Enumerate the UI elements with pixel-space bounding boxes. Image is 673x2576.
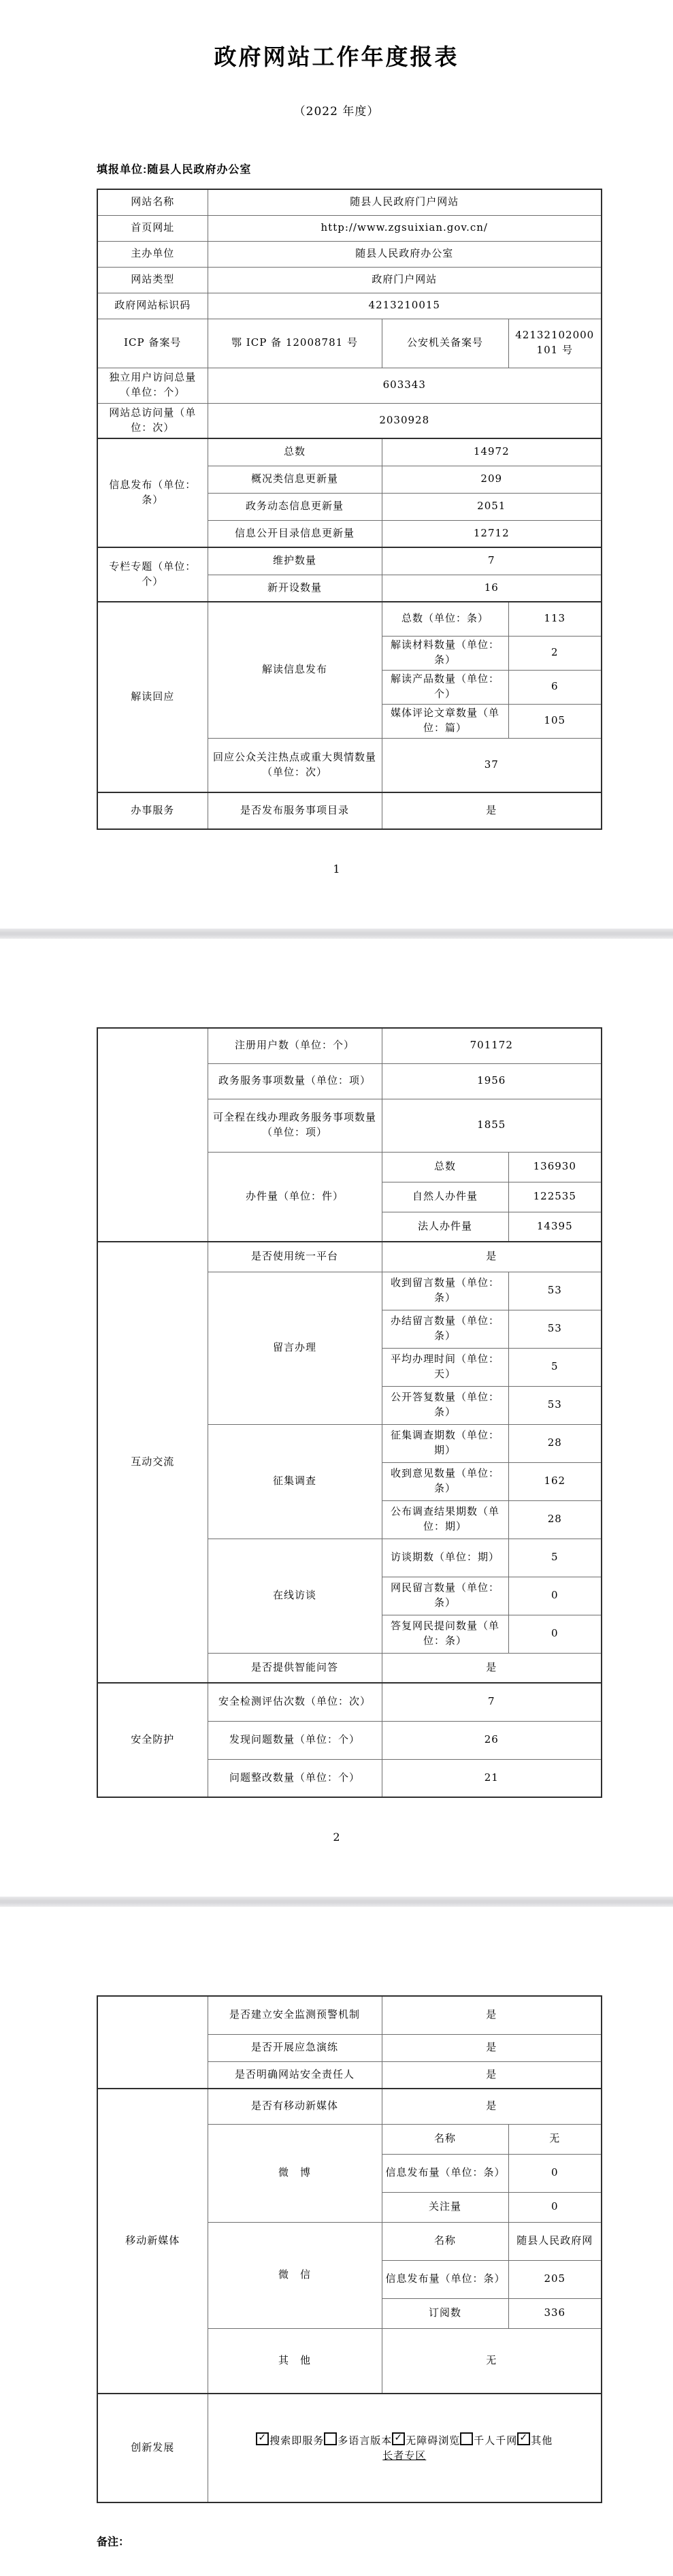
- page-separator: [0, 1897, 673, 1907]
- metric-label: 收到意见数量（单位：条）: [382, 1462, 508, 1500]
- page-3-top-margin: [0, 1907, 673, 1983]
- subcategory-cell: 微 博: [208, 2124, 382, 2222]
- metric-value: 无: [382, 2328, 602, 2394]
- metric-label: 名称: [382, 2222, 508, 2260]
- metric-value: 随县人民政府门户网站: [208, 189, 602, 215]
- metric-value: 是: [382, 1242, 602, 1272]
- metric-value: 4213210015: [208, 293, 602, 319]
- metric-value: 0: [508, 2192, 602, 2222]
- metric-value: 0: [508, 1577, 602, 1615]
- metric-label: 政务动态信息更新量: [208, 493, 382, 520]
- category-cell: 办事服务: [97, 792, 208, 829]
- metric-label: 独立用户访问总量（单位：个）: [97, 368, 208, 403]
- document-viewer: { "doc": { "title": "政府网站工作年度报表", "subti…: [0, 0, 673, 2576]
- innovation-options-cell: ✓搜索即服务多语言版本✓无障碍浏览千人千网✓其他 长者专区: [208, 2394, 602, 2502]
- innovation-option-label: 千人千网: [474, 2434, 517, 2447]
- metric-label: 解读材料数量（单位：条）: [382, 636, 508, 670]
- metric-label: 是否提供智能问答: [208, 1653, 382, 1683]
- metric-label: 总数（单位：条）: [382, 602, 508, 636]
- page-1: 政府网站工作年度报表 （2022 年度） 填报单位:随县人民政府办公室 网站名称…: [0, 0, 673, 929]
- metric-label: 政府网站标识码: [97, 293, 208, 319]
- metric-value: 随县人民政府网: [508, 2222, 602, 2260]
- metric-label: 维护数量: [208, 547, 382, 575]
- page-2: 注册用户数（单位：个） 701172 政务服务事项数量（单位：项）1956 可全…: [0, 939, 673, 1897]
- page-2-bottom-margin: [0, 1844, 673, 1897]
- metric-value: 14395: [508, 1212, 602, 1242]
- checkbox-search-as-service: ✓: [256, 2432, 269, 2445]
- checkbox-other: ✓: [517, 2432, 530, 2445]
- metric-label: 访谈期数（单位：期）: [382, 1539, 508, 1577]
- metric-value: 是: [382, 1653, 602, 1683]
- metric-value: 政府门户网站: [208, 267, 602, 293]
- subcategory-cell: 解读信息发布: [208, 602, 382, 738]
- metric-label: 媒体评论文章数量（单位：篇）: [382, 704, 508, 738]
- metric-value: 1855: [382, 1099, 602, 1152]
- metric-label: 总数: [208, 438, 382, 466]
- checkbox-multilingual: [324, 2432, 337, 2445]
- metric-value: 26: [382, 1721, 602, 1759]
- metric-value: 122535: [508, 1182, 602, 1212]
- metric-value: 是: [382, 2089, 602, 2124]
- metric-label: 信息公开目录信息更新量: [208, 520, 382, 547]
- metric-label: 关注量: [382, 2192, 508, 2222]
- metric-label: 征集调查期数（单位：期）: [382, 1424, 508, 1462]
- metric-value: 鄂 ICP 备 12008781 号: [208, 319, 382, 368]
- metric-label: 信息发布量（单位：条）: [382, 2154, 508, 2192]
- category-cell: 解读回应: [97, 602, 208, 792]
- metric-value: 2030928: [208, 403, 602, 438]
- metric-label: 新开设数量: [208, 575, 382, 602]
- metric-label: 可全程在线办理政务服务事项数量（单位：项）: [208, 1099, 382, 1152]
- metric-label: 办结留言数量（单位：条）: [382, 1310, 508, 1348]
- metric-label: 是否开展应急演练: [208, 2034, 382, 2061]
- subcategory-cell: 留言办理: [208, 1272, 382, 1424]
- metric-value: 7: [382, 1683, 602, 1721]
- metric-value: 0: [508, 2154, 602, 2192]
- metric-value: 21: [382, 1759, 602, 1797]
- category-cell-empty: [97, 1996, 208, 2089]
- metric-value: 随县人民政府办公室: [208, 241, 602, 267]
- metric-label: 网站总访问量（单位：次）: [97, 403, 208, 438]
- metric-value: 209: [382, 466, 602, 493]
- metric-label: 是否使用统一平台: [208, 1242, 382, 1272]
- metric-label: 信息发布量（单位：条）: [382, 2260, 508, 2298]
- metric-value: 105: [508, 704, 602, 738]
- metric-label: 法人办件量: [382, 1212, 508, 1242]
- category-cell: 移动新媒体: [97, 2089, 208, 2394]
- metric-value: 7: [382, 547, 602, 575]
- page-1-bottom-margin: [0, 875, 673, 929]
- metric-value: 1956: [382, 1063, 602, 1099]
- metric-value: 42132102000101 号: [508, 319, 602, 368]
- metric-value: 2051: [382, 493, 602, 520]
- report-title: 政府网站工作年度报表: [0, 0, 673, 71]
- innovation-option-label: 搜索即服务: [269, 2434, 324, 2447]
- metric-value: 是: [382, 2061, 602, 2089]
- metric-value: 113: [508, 602, 602, 636]
- metric-label: 概况类信息更新量: [208, 466, 382, 493]
- subcategory-cell: 其 他: [208, 2328, 382, 2394]
- innovation-option-label: 其他: [531, 2434, 553, 2447]
- metric-label: 公安机关备案号: [382, 319, 508, 368]
- metric-label: 是否明确网站安全责任人: [208, 2061, 382, 2089]
- metric-value: 28: [508, 1500, 602, 1539]
- metric-label: 公开答复数量（单位：条）: [382, 1386, 508, 1424]
- metric-value: 162: [508, 1462, 602, 1500]
- page-number-2: 2: [0, 1831, 673, 1844]
- metric-label: 网站类型: [97, 267, 208, 293]
- category-cell: 互动交流: [97, 1242, 208, 1683]
- metric-label: 首页网址: [97, 215, 208, 241]
- metric-value: 12712: [382, 520, 602, 547]
- metric-label: 平均办理时间（单位：天）: [382, 1348, 508, 1386]
- report-table-page-3: 是否建立安全监测预警机制 是 是否开展应急演练是 是否明确网站安全责任人是 移动…: [97, 1995, 602, 2503]
- page-separator: [0, 929, 673, 939]
- metric-value: 5: [508, 1539, 602, 1577]
- checkbox-accessibility: ✓: [392, 2432, 405, 2445]
- metric-label: 安全检测评估次数（单位：次）: [208, 1683, 382, 1721]
- metric-label: 解读产品数量（单位：个）: [382, 670, 508, 704]
- metric-label: 网民留言数量（单位：条）: [382, 1577, 508, 1615]
- report-table-page-2: 注册用户数（单位：个） 701172 政务服务事项数量（单位：项）1956 可全…: [97, 1027, 602, 1798]
- metric-label: 回应公众关注热点或重大舆情数量（单位：次）: [208, 738, 382, 792]
- metric-label: 答复网民提问数量（单位：条）: [382, 1615, 508, 1653]
- metric-label: 主办单位: [97, 241, 208, 267]
- page-number-1: 1: [0, 863, 673, 875]
- metric-label: 政务服务事项数量（单位：项）: [208, 1063, 382, 1099]
- category-cell: 信息发布（单位：条）: [97, 438, 208, 547]
- metric-value: 53: [508, 1272, 602, 1310]
- metric-label: 公布调查结果期数（单位：期）: [382, 1500, 508, 1539]
- metric-value: 336: [508, 2298, 602, 2328]
- metric-value: 37: [382, 738, 602, 792]
- metric-label: 网站名称: [97, 189, 208, 215]
- metric-value: 是: [382, 2034, 602, 2061]
- metric-label: 发现问题数量（单位：个）: [208, 1721, 382, 1759]
- metric-value: 6: [508, 670, 602, 704]
- report-table-page-1: 网站名称随县人民政府门户网站 首页网址http://www.zgsuixian.…: [97, 189, 602, 830]
- metric-label: 总数: [382, 1152, 508, 1182]
- report-year: （2022 年度）: [0, 101, 673, 118]
- subcategory-cell: 征集调查: [208, 1424, 382, 1539]
- metric-value: 136930: [508, 1152, 602, 1182]
- metric-value: 53: [508, 1386, 602, 1424]
- metric-value: 28: [508, 1424, 602, 1462]
- page-2-top-margin: [0, 939, 673, 1015]
- metric-value: 16: [382, 575, 602, 602]
- metric-value: 0: [508, 1615, 602, 1653]
- metric-label: 自然人办件量: [382, 1182, 508, 1212]
- innovation-option-label: 多语言版本: [338, 2434, 392, 2447]
- metric-value: 701172: [382, 1028, 602, 1063]
- metric-value: 是: [382, 792, 602, 829]
- reporting-unit: 填报单位:随县人民政府办公室: [97, 161, 673, 176]
- metric-label: 是否建立安全监测预警机制: [208, 1996, 382, 2034]
- category-cell: 创新发展: [97, 2394, 208, 2502]
- metric-value: 无: [508, 2124, 602, 2154]
- metric-value: 603343: [208, 368, 602, 403]
- metric-label: 是否有移动新媒体: [208, 2089, 382, 2124]
- metric-value: 14972: [382, 438, 602, 466]
- category-cell-empty: [97, 1028, 208, 1242]
- homepage-url: http://www.zgsuixian.gov.cn/: [208, 215, 602, 241]
- subcategory-cell: 在线访谈: [208, 1539, 382, 1653]
- metric-value: 53: [508, 1310, 602, 1348]
- subcategory-cell: 微 信: [208, 2222, 382, 2328]
- metric-label: 注册用户数（单位：个）: [208, 1028, 382, 1063]
- metric-value: 205: [508, 2260, 602, 2298]
- innovation-option-label: 无障碍浏览: [406, 2434, 460, 2447]
- category-cell: 专栏专题（单位：个）: [97, 547, 208, 602]
- page-3: 是否建立安全监测预警机制 是 是否开展应急演练是 是否明确网站安全责任人是 移动…: [0, 1907, 673, 2576]
- metric-label: 收到留言数量（单位：条）: [382, 1272, 508, 1310]
- metric-label: ICP 备案号: [97, 319, 208, 368]
- metric-label: 是否发布服务事项目录: [208, 792, 382, 829]
- page-3-bottom-margin: [0, 2549, 673, 2576]
- metric-label: 订阅数: [382, 2298, 508, 2328]
- metric-value: 是: [382, 1996, 602, 2034]
- category-cell: 安全防护: [97, 1683, 208, 1797]
- metric-label: 问题整改数量（单位：个）: [208, 1759, 382, 1797]
- metric-value: 2: [508, 636, 602, 670]
- subcategory-cell: 办件量（单位：件）: [208, 1152, 382, 1242]
- metric-value: 5: [508, 1348, 602, 1386]
- notes-label: 备注：: [97, 2533, 673, 2549]
- checkbox-personalized-web: [460, 2432, 473, 2445]
- innovation-other-text: 长者专区: [382, 2449, 426, 2462]
- metric-label: 名称: [382, 2124, 508, 2154]
